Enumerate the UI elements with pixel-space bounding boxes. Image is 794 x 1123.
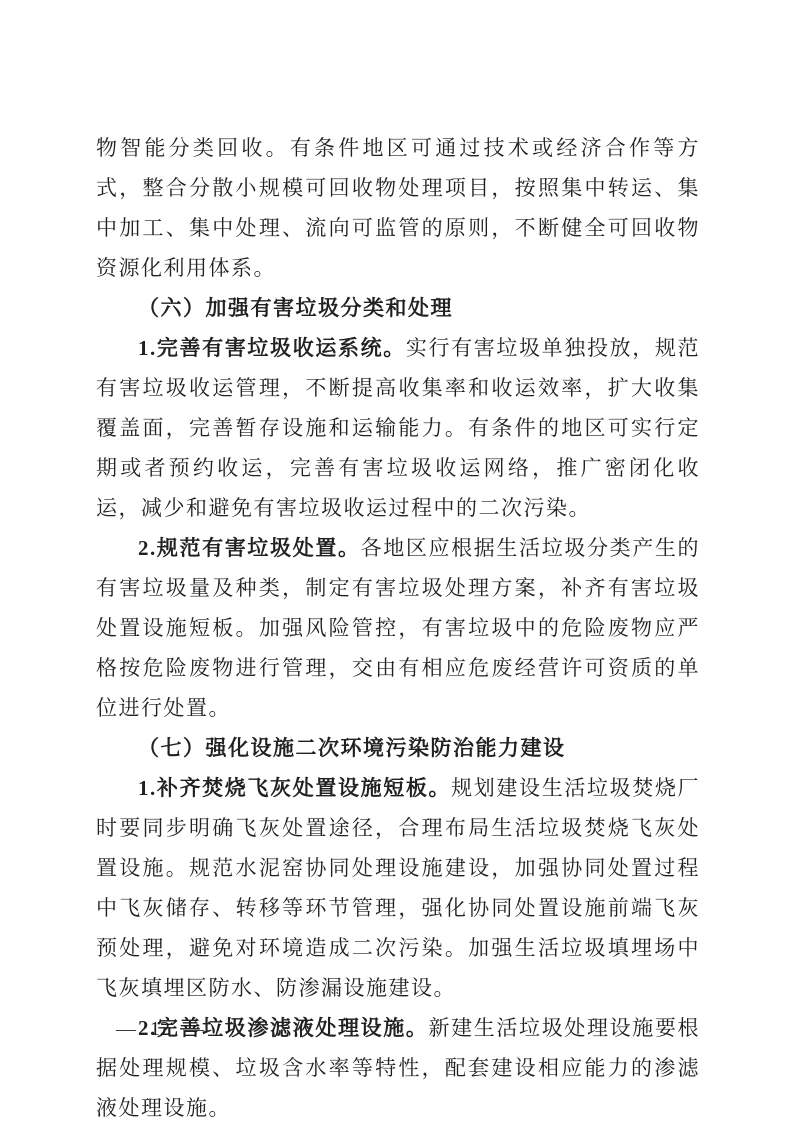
document-body-text: 物智能分类回收。有条件地区可通过技术或经济合作等方式，整合分散小规模可回收物处理… xyxy=(96,128,700,1123)
footer-dash-left: — xyxy=(116,1012,136,1046)
paragraph-lead: 2.规范有害垃圾处置。 xyxy=(138,536,361,560)
section-heading-6: （六）加强有害垃圾分类和处理 xyxy=(96,288,700,328)
paragraph: 1.完善有害垃圾收运系统。实行有害垃圾单独投放，规范有害垃圾收运管理，不断提高收… xyxy=(96,328,700,528)
paragraph: 1.补齐焚烧飞灰处置设施短板。规划建设生活垃圾焚烧厂时要同步明确飞灰处置途径，合… xyxy=(96,768,700,1008)
page-number: 12 xyxy=(150,1012,170,1046)
paragraph-lead: 1.补齐焚烧飞灰处置设施短板。 xyxy=(138,776,451,800)
paragraph-text: 规划建设生活垃圾焚烧厂时要同步明确飞灰处置途径，合理布局生活垃圾焚烧飞灰处置设施… xyxy=(96,776,700,1000)
page-footer: — 12 — xyxy=(116,1012,204,1046)
paragraph-continuation: 物智能分类回收。有条件地区可通过技术或经济合作等方式，整合分散小规模可回收物处理… xyxy=(96,128,700,288)
paragraph-lead: 1.完善有害垃圾收运系统。 xyxy=(138,336,406,360)
document-page: 物智能分类回收。有条件地区可通过技术或经济合作等方式，整合分散小规模可回收物处理… xyxy=(0,0,794,1123)
paragraph-text: 实行有害垃圾单独投放，规范有害垃圾收运管理，不断提高收集率和收运效率，扩大收集覆… xyxy=(96,336,700,520)
paragraph-text: 各地区应根据生活垃圾分类产生的有害垃圾量及种类，制定有害垃圾处理方案，补齐有害垃… xyxy=(96,536,700,720)
section-heading-7: （七）强化设施二次环境污染防治能力建设 xyxy=(96,728,700,768)
footer-dash-right: — xyxy=(184,1012,204,1046)
paragraph: 2.规范有害垃圾处置。各地区应根据生活垃圾分类产生的有害垃圾量及种类，制定有害垃… xyxy=(96,528,700,728)
